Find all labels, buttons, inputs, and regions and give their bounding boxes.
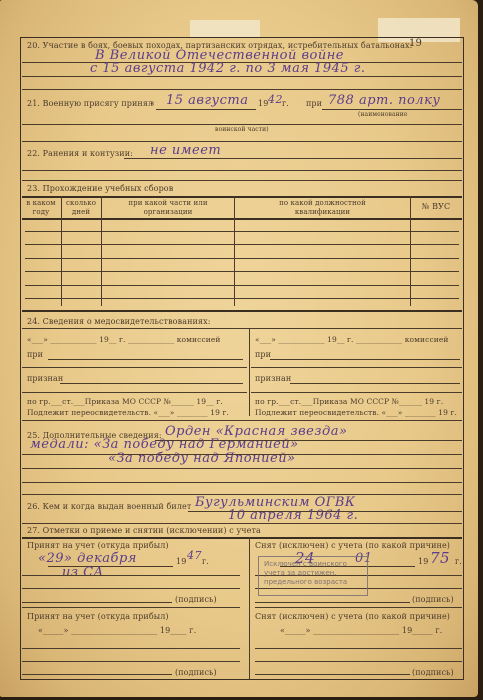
signature-line (22, 674, 172, 675)
section-26-label: 26. Кем и когда выдан военный билет (27, 502, 191, 511)
rule (22, 575, 240, 576)
table-row-rule (25, 298, 459, 299)
registered-2-signature: (подпись) (175, 668, 217, 677)
section-20-value-line2: с 15 августа 1942 г. по 3 мая 1945 г. (90, 61, 365, 76)
rule (48, 359, 243, 360)
rule (255, 661, 462, 662)
oath-unit: 788 арт. полку (328, 93, 440, 108)
col-divider (234, 196, 235, 306)
deregistered-2-signature: (подпись) (412, 668, 454, 677)
rule (22, 76, 462, 77)
caption-unit: воинской части) (215, 126, 269, 133)
deregistered-year-suffix: г. (455, 557, 462, 566)
col-year-header: в какомгоду (22, 199, 60, 217)
deregistered-year: 75 (430, 549, 450, 567)
caption-name: (наименование (358, 111, 408, 118)
col-unit-header: при какой части илиорганизации (102, 199, 234, 217)
rule (22, 180, 462, 181)
rule (251, 392, 462, 393)
col-divider (410, 196, 411, 306)
section-22-label: 22. Ранения и контузии: (27, 149, 133, 158)
medical-divider (249, 328, 250, 416)
deregistered-2-date-line: «_____» _____________________ 19_____ г. (280, 626, 442, 635)
awards-line2: медали: «За победу над Германией» (30, 437, 299, 452)
rule (322, 109, 462, 110)
deregistered-year-prefix: 19 (418, 557, 428, 566)
col-divider (61, 196, 62, 306)
document-page: 20. Участие в боях, боевых походах, парт… (0, 0, 478, 697)
registered-from: из СА (62, 565, 104, 580)
rule (22, 124, 462, 125)
awards-line3: «За победу над Японией» (108, 451, 296, 466)
col-qualification-header: по какой должностнойквалификации (235, 199, 410, 217)
medical-right-recognized: признан (255, 374, 291, 383)
rule (60, 383, 243, 384)
section-21-quote: « (150, 99, 155, 108)
military-id-date: 10 апреля 1964 г. (228, 508, 358, 523)
registered-2-title: Принят на учет (откуда прибыл) (27, 612, 169, 621)
signature-line (255, 674, 410, 675)
table-row-rule (25, 231, 459, 232)
registered-title: Принят на учет (откуда прибыл) (27, 541, 169, 550)
oath-year-suffix: г. (282, 99, 289, 108)
rule (255, 607, 462, 608)
medical-left-recognized: признан (27, 374, 63, 383)
rule (22, 141, 462, 142)
oath-year-prefix: 19 (258, 99, 268, 108)
registered-signature: (подпись) (175, 595, 217, 604)
table-row-rule (25, 258, 459, 259)
deregistration-stamp: Исключен с воинского учета за достижен. … (258, 556, 368, 596)
rule (22, 607, 240, 608)
registered-year: 47 (187, 549, 202, 562)
medical-right-reexam: Подлежит переосвидетельств. «___» ______… (255, 408, 457, 417)
table-row-rule (25, 244, 459, 245)
rule (22, 367, 247, 368)
registered-year-suffix: г. (202, 557, 209, 566)
medical-right-date-line: «___» ____________ 19__ г. ____________ … (255, 335, 448, 344)
rule (22, 648, 240, 649)
wounds-value: не имеет (150, 143, 221, 158)
rule (255, 648, 462, 649)
oath-year: 42 (268, 93, 283, 106)
rule (22, 537, 462, 539)
erased-patch (190, 20, 260, 38)
table-header-rule (22, 218, 462, 220)
rule (22, 661, 240, 662)
rule (124, 158, 462, 159)
rule (22, 420, 462, 421)
medical-right-order: по гр.___ст.___Приказа МО СССР №______ 1… (255, 397, 443, 406)
rule (22, 89, 462, 90)
col-days-header: сколькодней (61, 199, 101, 217)
deregistered-signature: (подпись) (412, 595, 454, 604)
table-top-rule (22, 196, 462, 198)
rule (156, 109, 256, 110)
signature-line (22, 602, 172, 603)
col-vus-header: № ВУС (411, 202, 461, 211)
table-row-rule (25, 285, 459, 286)
deregistered-title: Снят (исключен) с учета (по какой причин… (255, 541, 450, 550)
medical-left-reexam: Подлежит переосвидетельств. «___» ______… (27, 408, 229, 417)
oath-at-label: при (306, 99, 322, 108)
section-23-label: 23. Прохождение учебных сборов (27, 184, 173, 193)
medical-left-at: при (27, 350, 43, 359)
table-bottom-rule (22, 310, 462, 312)
rule (251, 367, 462, 368)
medical-right-at: при (255, 350, 271, 359)
rule (22, 328, 462, 329)
registry-divider (249, 537, 250, 679)
page-mark: 19 (409, 38, 422, 49)
col-divider (101, 196, 102, 306)
rule (22, 523, 462, 524)
section-21-label: 21. Военную присягу принял (27, 99, 153, 108)
rule (22, 468, 462, 469)
rule (290, 383, 460, 384)
registered-date: «29» декабря (38, 551, 137, 566)
rule (270, 359, 460, 360)
deregistered-2-title: Снят (исключен) с учета (по какой причин… (255, 612, 450, 621)
rule (22, 170, 462, 171)
rule (22, 392, 247, 393)
table-row-rule (25, 271, 459, 272)
oath-date: 15 августа (166, 93, 248, 108)
medical-left-order: по гр.___ст.___Приказа МО СССР №______ 1… (27, 397, 223, 406)
section-24-label: 24. Сведения о медосвидетельствованиях: (27, 317, 211, 326)
rule (22, 588, 240, 589)
registered-2-date-line: «_____» _____________________ 19____ г. (38, 626, 196, 635)
signature-line (255, 602, 410, 603)
medical-left-date-line: «___» ____________ 19__ г. ____________ … (27, 335, 220, 344)
registered-year-prefix: 19 (176, 557, 186, 566)
rule (22, 482, 462, 483)
section-27-label: 27. Отметки о приеме и снятии (исключени… (27, 526, 261, 535)
